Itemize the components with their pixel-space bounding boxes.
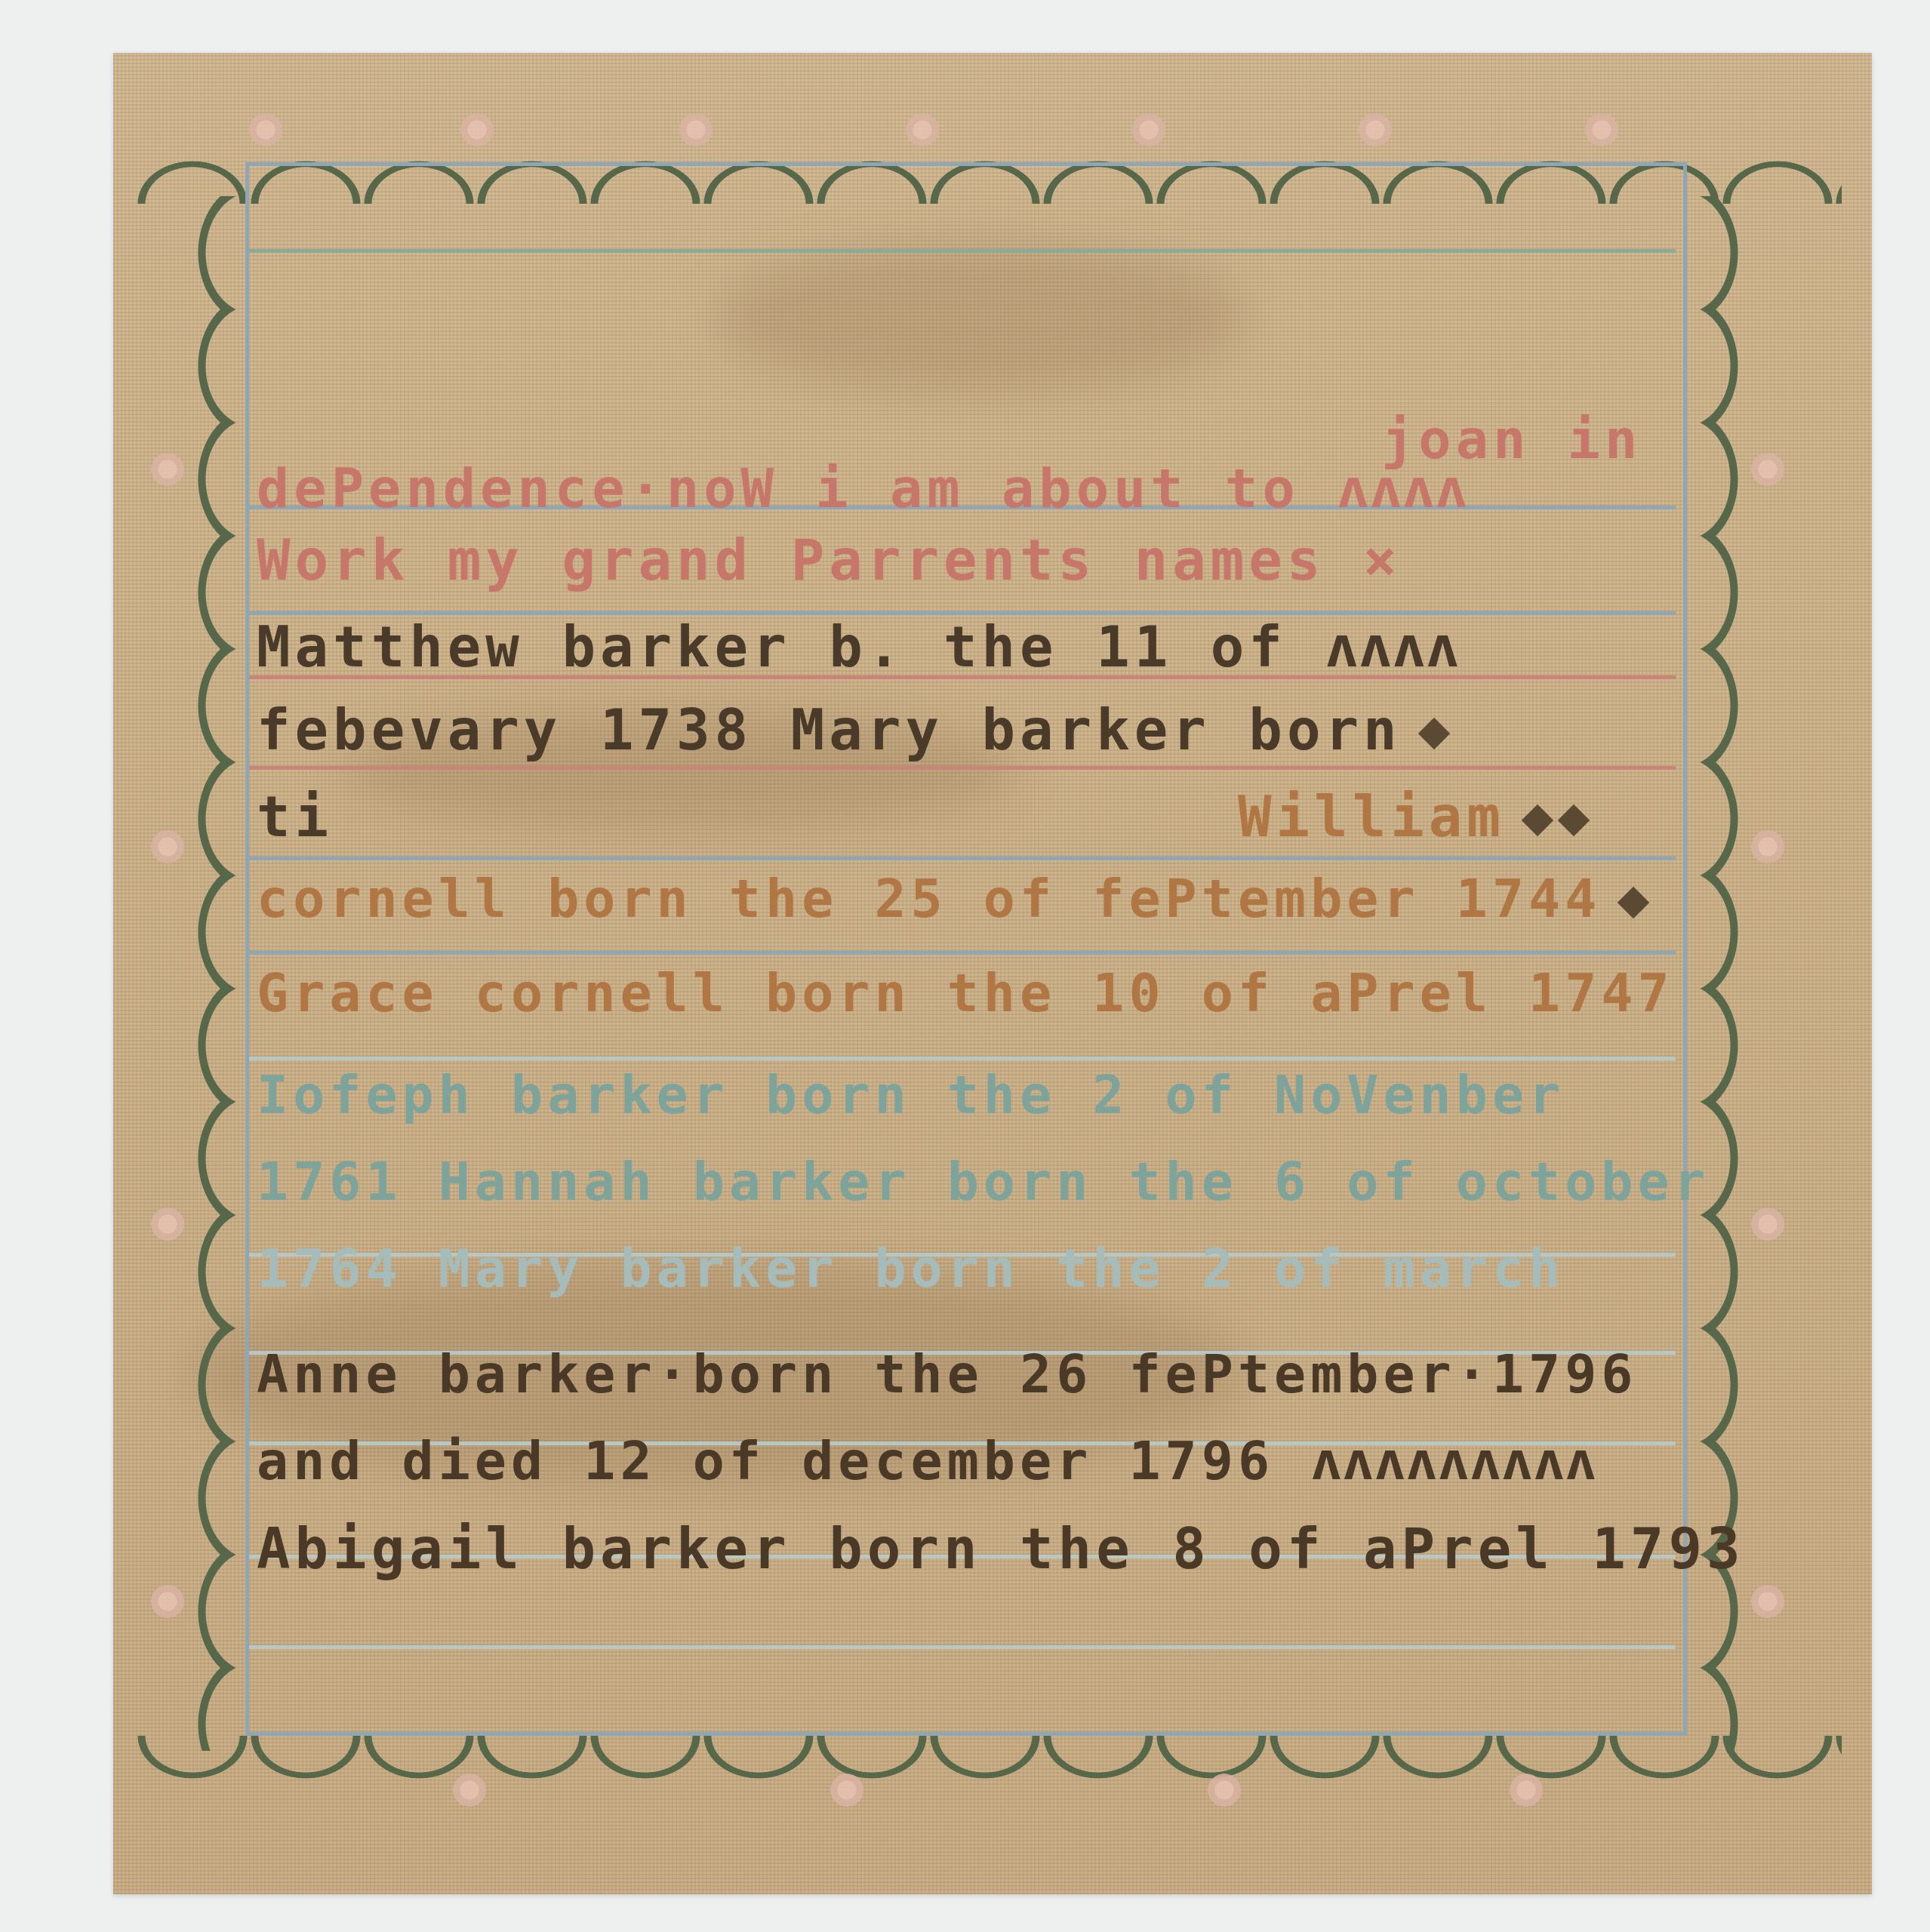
- flower-motif: [1510, 1774, 1543, 1807]
- vine-border-left: [125, 196, 253, 1751]
- zigzag-ornament: ʌʌʌʌʌʌʌʌʌ: [1310, 1430, 1596, 1492]
- text-row-content: cornell born the 25 of fePtember 1744: [257, 868, 1601, 930]
- text-row-content: Work my grand Parrents names: [257, 528, 1325, 593]
- divider-line: [249, 1645, 1676, 1649]
- text-row: dePendence·noW i am about to ʌʌʌʌ: [257, 457, 1467, 520]
- text-row: Anne barker·born the 26 fePtember·1796: [257, 1343, 1637, 1405]
- text-row: 1761 Hannah barker born the 6 of october: [257, 1151, 1710, 1213]
- flower-motif: [1359, 113, 1392, 146]
- vine-border-bottom: [136, 1736, 1842, 1864]
- text-row: febevary 1738 Mary barker born: [257, 698, 1445, 763]
- text-row-content: and died 12 of december 1796: [257, 1430, 1274, 1492]
- divider-line: [249, 766, 1676, 770]
- text-row: 1764 Mary barker born the 2 of march: [257, 1238, 1565, 1300]
- diamond-ornament: [1558, 804, 1590, 836]
- flower-motif: [1208, 1774, 1241, 1807]
- inner-frame: [245, 162, 1687, 1736]
- flower-motif: [151, 1585, 184, 1618]
- flower-motif: [1751, 830, 1784, 863]
- divider-line: [249, 857, 1676, 860]
- text-row: Grace cornell born the 10 of aPrel 1747: [257, 962, 1674, 1024]
- flower-motif: [1751, 1585, 1784, 1618]
- text-row: and died 12 of december 1796 ʌʌʌʌʌʌʌʌʌ: [257, 1430, 1596, 1492]
- text-row-content: William: [1238, 785, 1505, 850]
- flower-motif: [460, 113, 494, 146]
- flower-motif: [1751, 1207, 1784, 1241]
- flower-motif: [453, 1774, 486, 1807]
- text-row-content: dePendence·noW i am about to: [257, 457, 1300, 520]
- divider-line: [249, 1057, 1676, 1060]
- divider-line: [249, 951, 1676, 955]
- text-row: William: [1238, 785, 1585, 850]
- text-row-content: Matthew barker b. the 11 of: [257, 615, 1287, 680]
- diamond-ornament: [1522, 804, 1553, 836]
- text-row: ti: [257, 785, 333, 850]
- flower-motif: [151, 830, 184, 863]
- flower-motif: [906, 113, 939, 146]
- text-row: Iofeph barker born the 2 of NoVenber: [257, 1064, 1565, 1126]
- text-row: Abigail barker born the 8 of aPrel 1793: [257, 1517, 1745, 1582]
- flower-motif: [249, 113, 282, 146]
- flower-motif: [151, 1207, 184, 1241]
- diamond-ornament: [1417, 718, 1449, 749]
- flower-motif: [830, 1774, 863, 1807]
- divider-line: [249, 249, 1676, 253]
- text-row: cornell born the 25 of fePtember 1744: [257, 868, 1645, 930]
- diamond-ornament: [1618, 887, 1649, 918]
- flower-motif: [1132, 113, 1165, 146]
- text-row-content: febevary 1738 Mary barker born: [257, 698, 1402, 763]
- flower-motif: [151, 453, 184, 486]
- text-row: Work my grand Parrents names ×: [257, 528, 1402, 593]
- cross-ornament: ×: [1363, 528, 1402, 593]
- flower-motif: [679, 113, 713, 146]
- zigzag-ornament: ʌʌʌʌ: [1325, 615, 1459, 680]
- flower-motif: [1585, 113, 1618, 146]
- flower-motif: [1751, 453, 1784, 486]
- zigzag-ornament: ʌʌʌʌ: [1337, 457, 1467, 520]
- text-row: Matthew barker b. the 11 of ʌʌʌʌ: [257, 615, 1460, 680]
